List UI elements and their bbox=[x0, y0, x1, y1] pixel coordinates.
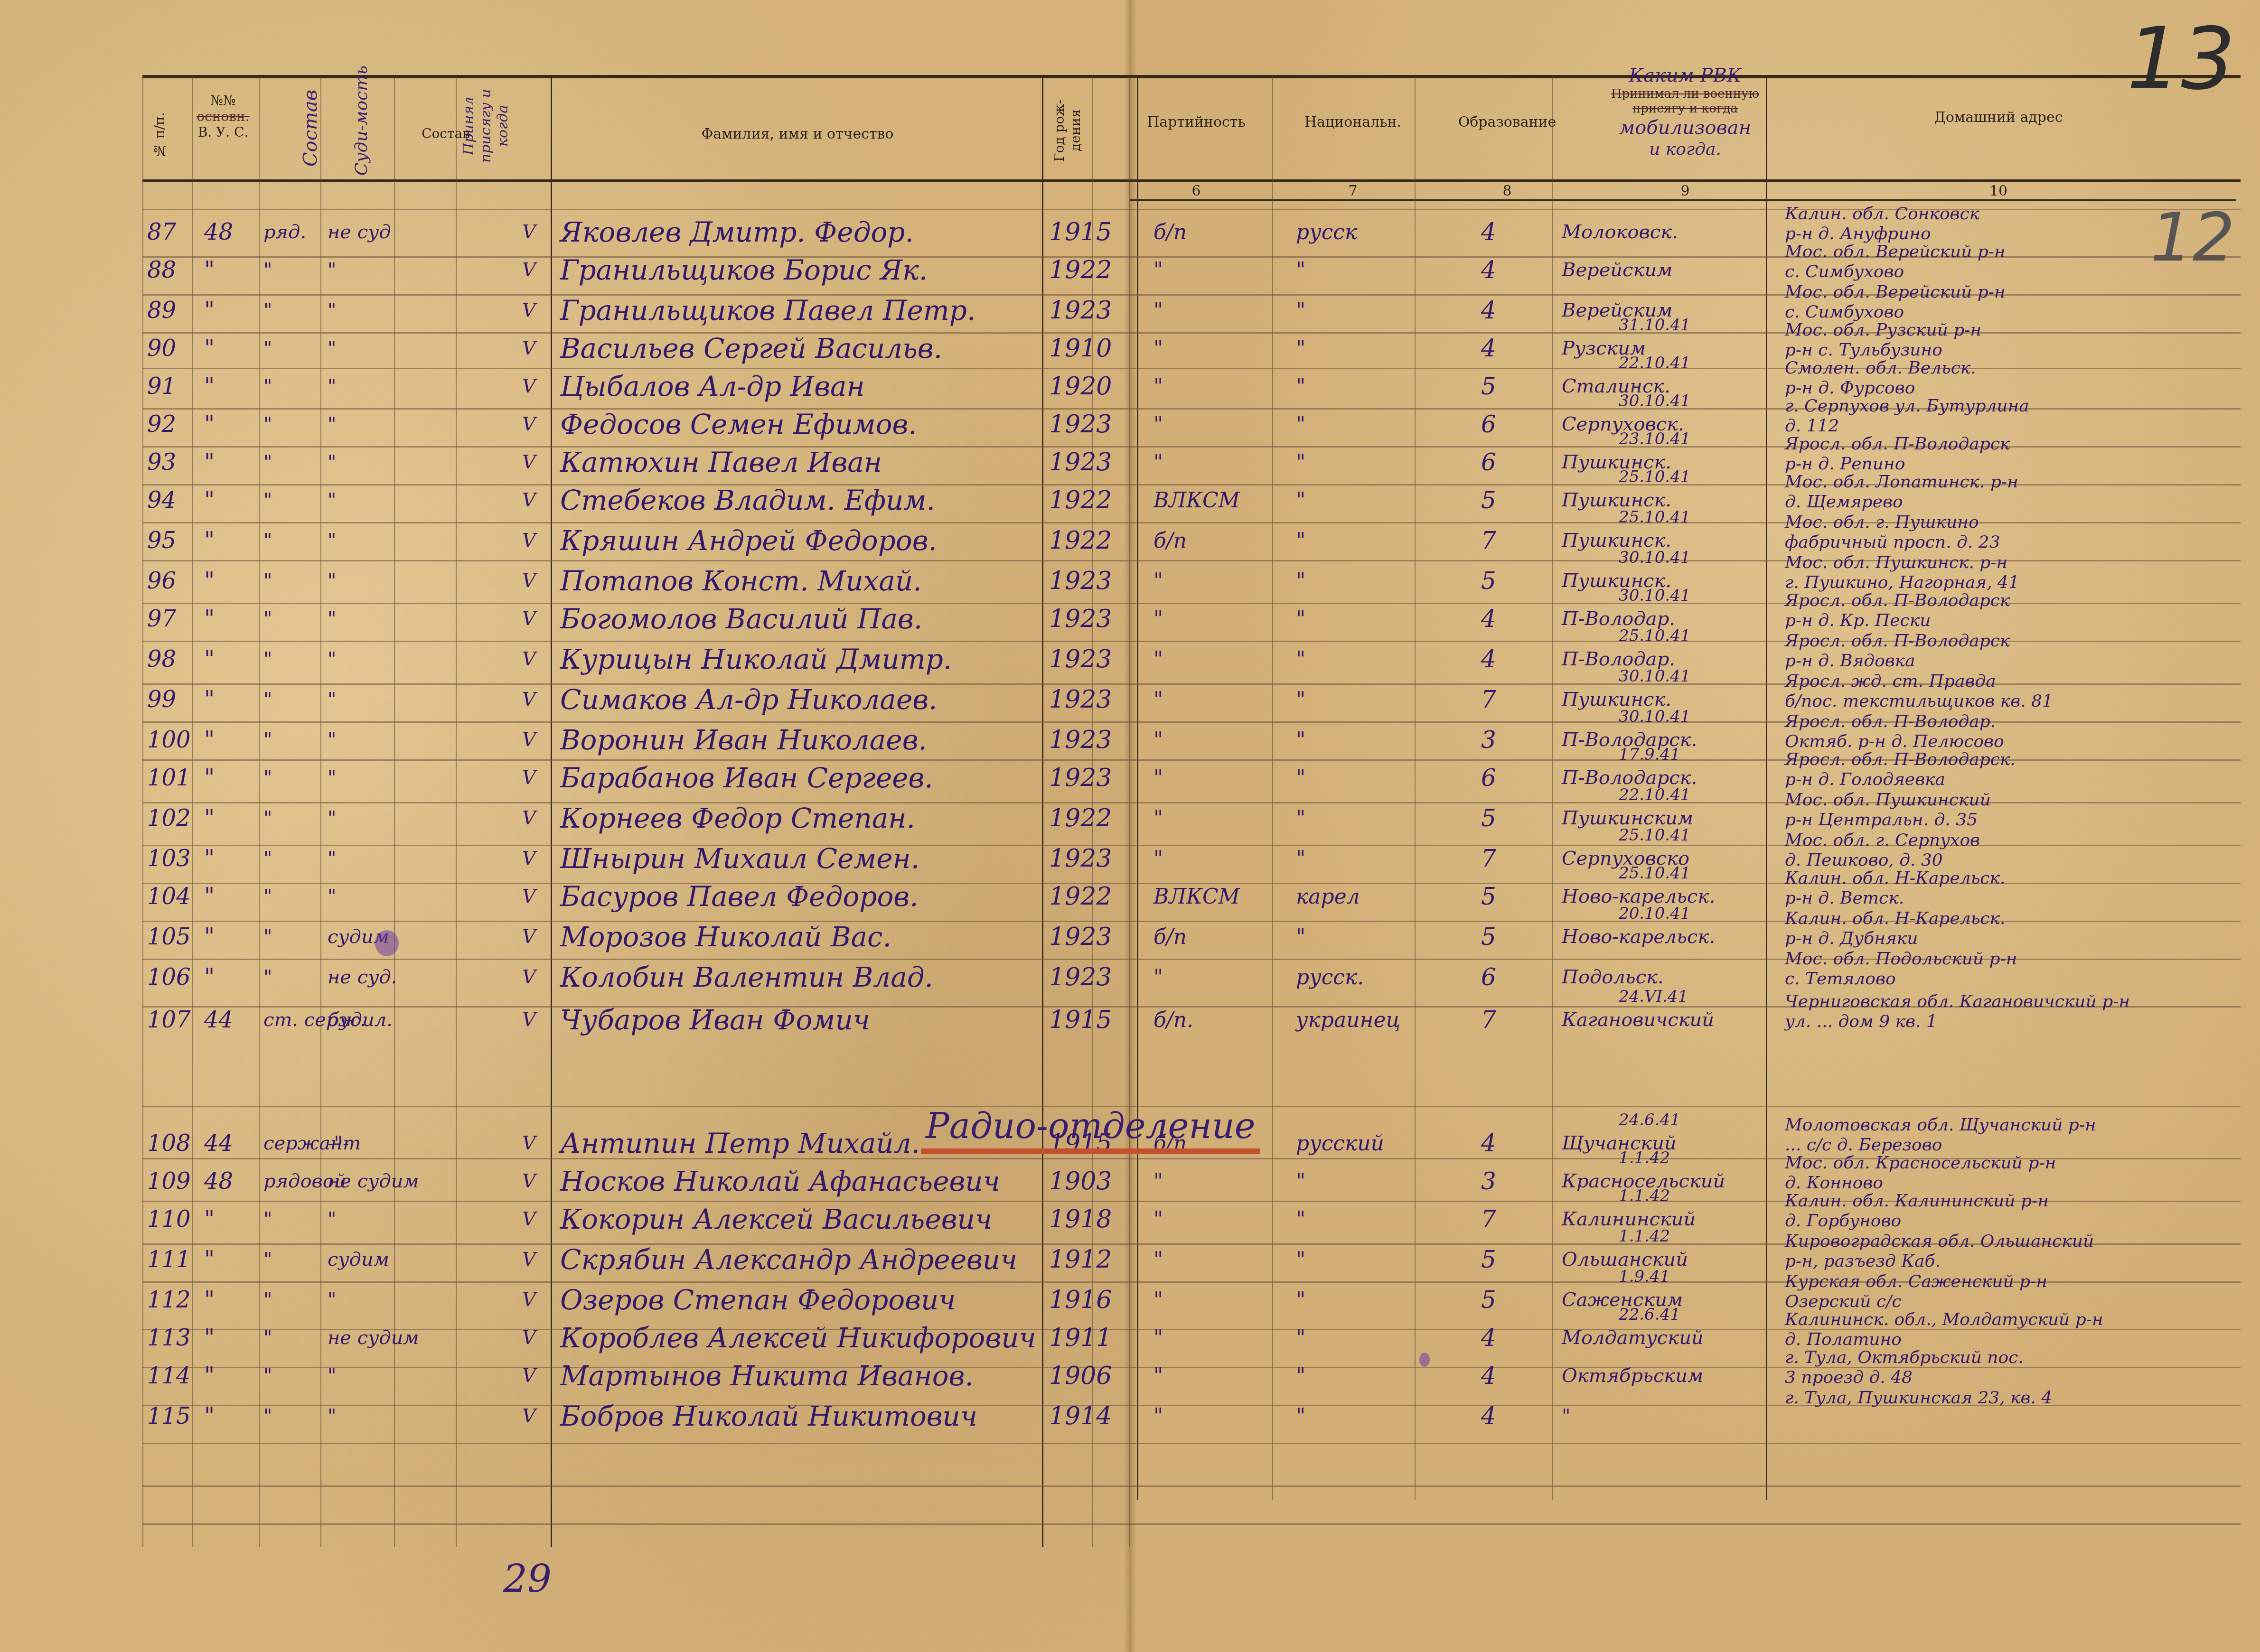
cell-mobilized-date: 17.9.41 bbox=[1619, 745, 1680, 764]
cell-address-line: р-н д. Ветск. bbox=[1785, 888, 1904, 908]
cell-oath: V bbox=[522, 1289, 536, 1311]
cell-num: 104 bbox=[147, 883, 191, 910]
cell-address-line: г. Пушкино, Нагорная, 41 bbox=[1785, 573, 2019, 592]
cell-year: 1923 bbox=[1049, 567, 1112, 595]
cell-num: 93 bbox=[147, 449, 176, 476]
header-vus: №№ основн. В. У. С. bbox=[195, 93, 252, 140]
cell-name: Скрябин Александр Андреевич bbox=[560, 1243, 1017, 1276]
column-divider bbox=[320, 76, 321, 1547]
cell-conviction: " bbox=[328, 767, 336, 789]
cell-nationality: " bbox=[1296, 1288, 1305, 1312]
cell-oath: V bbox=[522, 966, 536, 988]
cell-oath: V bbox=[522, 221, 536, 243]
cell-address-line: Калин. обл. Н-Карельск. bbox=[1785, 868, 2005, 888]
cell-education: 4 bbox=[1481, 256, 1496, 284]
cell-name: Гранильщиков Борис Як. bbox=[560, 254, 928, 286]
cell-num: 94 bbox=[147, 487, 176, 513]
cell-address-line: Кировоградская обл. Ольшанский bbox=[1785, 1232, 2094, 1251]
cell-address-line: Яросл. обл. П-Володарск bbox=[1785, 591, 2010, 610]
cell-rank: " bbox=[263, 1208, 272, 1230]
row-rule bbox=[142, 1485, 2241, 1487]
cell-oath: V bbox=[522, 807, 536, 829]
cell-num: 99 bbox=[147, 686, 176, 713]
cell-conviction: -"- bbox=[328, 1132, 349, 1154]
cell-vus: " bbox=[204, 1287, 215, 1313]
cell-rank: " bbox=[263, 767, 272, 789]
cell-address-line: Октяб. р-н д. Пелюсово bbox=[1785, 732, 2004, 751]
cell-num: 88 bbox=[147, 257, 176, 283]
cell-year: 1922 bbox=[1049, 882, 1112, 911]
cell-vus: 44 bbox=[204, 1130, 233, 1157]
cell-vus: " bbox=[204, 257, 215, 283]
cell-education: 5 bbox=[1481, 567, 1496, 595]
cell-education: 4 bbox=[1481, 335, 1496, 362]
cell-conviction: " bbox=[328, 337, 336, 359]
cell-year: 1906 bbox=[1049, 1362, 1112, 1390]
cell-conviction: " bbox=[328, 1208, 336, 1230]
cell-party: " bbox=[1153, 374, 1163, 399]
cell-vus: " bbox=[204, 805, 215, 831]
cell-mobilized-date: 22.10.41 bbox=[1619, 785, 1690, 804]
cell-address-line: р-н д. Ануфрино bbox=[1785, 224, 1931, 243]
column-divider bbox=[1129, 76, 1130, 1547]
cell-mobilized: Молоковск. bbox=[1562, 221, 1678, 243]
cell-party: " bbox=[1153, 847, 1163, 871]
cell-nationality: русский bbox=[1296, 1131, 1384, 1156]
header-year: Год рож-дения bbox=[1051, 85, 1089, 176]
cell-year: 1915 bbox=[1049, 1006, 1112, 1034]
cell-num: 97 bbox=[147, 606, 176, 632]
cell-address-line: фабричный просп. д. 23 bbox=[1785, 532, 2000, 552]
cell-conviction: " bbox=[328, 530, 336, 551]
cell-nationality: " bbox=[1296, 1326, 1305, 1350]
cell-address-line: б/пос. текстильщиков кв. 81 bbox=[1785, 691, 2053, 711]
cell-mobilized-date: 25.10.41 bbox=[1619, 508, 1690, 527]
cell-rank: " bbox=[263, 451, 272, 473]
cell-vus: " bbox=[204, 411, 215, 438]
cell-conviction: " bbox=[328, 608, 336, 630]
cell-nationality: русск bbox=[1296, 220, 1357, 244]
cell-party: " bbox=[1153, 728, 1163, 752]
cell-name: Шнырин Михаил Семен. bbox=[560, 842, 919, 875]
cell-name: Мартынов Никита Иванов. bbox=[560, 1360, 974, 1392]
cell-year: 1923 bbox=[1049, 764, 1112, 792]
cell-conviction: " bbox=[328, 451, 336, 473]
cell-party: " bbox=[1153, 766, 1163, 790]
header-address: Домашний адрес bbox=[1785, 109, 2212, 126]
cell-oath: V bbox=[522, 1365, 536, 1387]
cell-education: 3 bbox=[1481, 726, 1496, 754]
cell-nationality: " bbox=[1296, 1248, 1305, 1272]
cell-name: Короблев Алексей Никифорович bbox=[560, 1322, 1036, 1354]
cell-address-line: Мос. обл. Лопатинск. р-н bbox=[1785, 472, 2018, 492]
cell-address-line: Калининск. обл., Молдатуский р-н bbox=[1785, 1310, 2103, 1329]
cell-name: Колобин Валентин Влад. bbox=[560, 961, 933, 993]
cell-nationality: " bbox=[1296, 647, 1305, 672]
cell-party: " bbox=[1153, 647, 1163, 672]
header-name: Фамилия, имя и отчество bbox=[560, 126, 1035, 143]
cell-conviction: будил. bbox=[328, 1009, 393, 1031]
cell-num: 98 bbox=[147, 646, 176, 672]
cell-address-line: 3 проезд д. 48 bbox=[1785, 1368, 1913, 1387]
cell-mobilized-date: 30.10.41 bbox=[1619, 707, 1690, 726]
cell-nationality: " bbox=[1296, 1364, 1305, 1388]
cell-nationality: " bbox=[1296, 1207, 1305, 1232]
cell-vus: " bbox=[204, 373, 215, 400]
cell-mobilized-date: 25.10.41 bbox=[1619, 467, 1690, 486]
cell-vus: " bbox=[204, 1206, 215, 1232]
cell-vus: " bbox=[204, 1325, 215, 1351]
cell-mobilized-date: 1.9.41 bbox=[1619, 1267, 1670, 1286]
cell-mobilized-date: 24.VI.41 bbox=[1619, 987, 1688, 1006]
cell-conviction: " bbox=[328, 570, 336, 592]
cell-education: 3 bbox=[1481, 1167, 1496, 1195]
cell-nationality: " bbox=[1296, 1169, 1305, 1194]
cell-education: 4 bbox=[1481, 645, 1496, 673]
cell-nationality: русск. bbox=[1296, 965, 1364, 989]
cell-year: 1922 bbox=[1049, 526, 1112, 555]
cell-education: 5 bbox=[1481, 923, 1496, 951]
cell-conviction: " bbox=[328, 729, 336, 751]
cell-vus: 44 bbox=[204, 1007, 233, 1033]
column-divider bbox=[1272, 76, 1273, 1500]
cell-mobilized-date: 30.10.41 bbox=[1619, 392, 1690, 411]
cell-oath: V bbox=[522, 259, 536, 281]
header-rank-handwritten: Состав bbox=[299, 81, 328, 176]
cell-conviction: судим bbox=[328, 1249, 389, 1270]
cell-num: 91 bbox=[147, 373, 176, 400]
cell-address-line: р-н с. Тульбузино bbox=[1785, 340, 1942, 360]
cell-address-line: Мос. обл. г. Серпухов bbox=[1785, 831, 1980, 850]
cell-year: 1922 bbox=[1049, 256, 1112, 284]
cell-party: " bbox=[1153, 412, 1163, 437]
cell-name: Цыбалов Ал-др Иван bbox=[560, 370, 865, 402]
cell-vus: 48 bbox=[204, 219, 233, 245]
cell-mobilized-date: 24.6.41 bbox=[1619, 1111, 1680, 1129]
cell-year: 1923 bbox=[1049, 923, 1112, 951]
cell-mobilized-date: 1.1.42 bbox=[1619, 1148, 1670, 1167]
cell-rank: " bbox=[263, 489, 272, 511]
cell-year: 1922 bbox=[1049, 804, 1112, 832]
cell-address-line: р-н д. Кр. Пески bbox=[1785, 611, 1931, 630]
cell-name: Васильев Сергей Васильв. bbox=[560, 332, 942, 364]
cell-year: 1922 bbox=[1049, 486, 1112, 514]
cell-num: 102 bbox=[147, 805, 191, 831]
cell-oath: V bbox=[522, 337, 536, 359]
cell-education: 4 bbox=[1481, 1402, 1496, 1430]
header-conviction-handwritten: Суди-мость bbox=[351, 85, 394, 176]
colnum-rule bbox=[1130, 199, 2236, 201]
cell-address-line: Яросл. обл. П-Володарск bbox=[1785, 434, 2010, 454]
cell-num: 115 bbox=[147, 1403, 191, 1429]
cell-vus: " bbox=[204, 765, 215, 791]
cell-nationality: карел bbox=[1296, 885, 1360, 909]
cell-nationality: " bbox=[1296, 569, 1305, 593]
cell-nationality: " bbox=[1296, 1404, 1305, 1428]
column-divider bbox=[456, 76, 457, 1547]
cell-nationality: " bbox=[1296, 412, 1305, 437]
cell-education: 4 bbox=[1481, 297, 1496, 324]
cell-name: Морозов Николай Вас. bbox=[560, 921, 891, 953]
cell-address-line: Курская обл. Саженский р-н bbox=[1785, 1272, 2047, 1291]
cell-year: 1910 bbox=[1049, 334, 1112, 363]
cell-num: 96 bbox=[147, 568, 176, 594]
cell-year: 1923 bbox=[1049, 296, 1112, 325]
column-divider bbox=[394, 76, 395, 1547]
cell-address-line: г. Тула, Пушкинская 23, кв. 4 bbox=[1785, 1388, 2052, 1408]
cell-oath: V bbox=[522, 648, 536, 670]
cell-rank: " bbox=[263, 886, 272, 907]
cell-conviction: " bbox=[328, 1365, 336, 1387]
cell-nationality: " bbox=[1296, 258, 1305, 282]
cell-nationality: " bbox=[1296, 925, 1305, 949]
header-mobilized: Каким РВК Принимал ли военную присягу и … bbox=[1585, 64, 1785, 160]
cell-oath: V bbox=[522, 375, 536, 397]
cell-party: " bbox=[1153, 806, 1163, 831]
cell-vus: " bbox=[204, 845, 215, 872]
cell-address-line: р-н д. Дубняки bbox=[1785, 929, 1918, 948]
cell-year: 1923 bbox=[1049, 605, 1112, 633]
cell-party: " bbox=[1153, 607, 1163, 631]
header-party: Партийность bbox=[1120, 114, 1272, 131]
cell-mobilized-date: 30.10.41 bbox=[1619, 548, 1690, 567]
cell-num: 109 bbox=[147, 1168, 191, 1195]
column-divider bbox=[1552, 76, 1553, 1500]
cell-nationality: " bbox=[1296, 806, 1305, 831]
cell-address-line: р-н д. Репино bbox=[1785, 454, 1905, 474]
cell-conviction: " bbox=[328, 648, 336, 670]
cell-nationality: " bbox=[1296, 299, 1305, 323]
cell-address-line: Калин. обл. Калининский р-н bbox=[1785, 1191, 2049, 1211]
cell-mobilized-date: 31.10.41 bbox=[1619, 316, 1690, 335]
cell-conviction: " bbox=[328, 375, 336, 397]
cell-name: Курицын Николай Дмитр. bbox=[560, 643, 952, 675]
cell-address-line: г. Серпухов ул. Бутурлина bbox=[1785, 396, 2029, 416]
cell-num: 95 bbox=[147, 527, 176, 554]
cell-address-line: р-н Центральн. д. 35 bbox=[1785, 810, 1978, 830]
cell-address-line: Мос. обл. Пушкинск. р-н bbox=[1785, 553, 2007, 572]
cell-education: 6 bbox=[1481, 448, 1496, 476]
cell-year: 1923 bbox=[1049, 645, 1112, 673]
cell-oath: V bbox=[522, 530, 536, 551]
page-number: 13 bbox=[2127, 9, 2235, 109]
cell-num: 106 bbox=[147, 964, 191, 990]
cell-oath: V bbox=[522, 489, 536, 511]
cell-rank: " bbox=[263, 807, 272, 829]
cell-num: 111 bbox=[147, 1246, 191, 1273]
cell-education: 7 bbox=[1481, 845, 1496, 872]
cell-address-line: Яросл. обл. П-Володарск bbox=[1785, 631, 2010, 651]
header-num: № п/п. bbox=[152, 95, 180, 176]
cell-year: 1923 bbox=[1049, 410, 1112, 439]
cell-name: Гранильщиков Павел Петр. bbox=[560, 294, 975, 327]
cell-education: 4 bbox=[1481, 1129, 1496, 1157]
cell-conviction: " bbox=[328, 848, 336, 869]
cell-education: 6 bbox=[1481, 764, 1496, 792]
cell-conviction: " bbox=[328, 1405, 336, 1427]
cell-name: Бобров Николай Никитович bbox=[560, 1400, 977, 1432]
cell-num: 100 bbox=[147, 727, 191, 753]
header-vus-mid: основн. bbox=[195, 109, 252, 125]
cell-education: 5 bbox=[1481, 804, 1496, 832]
cell-party: " bbox=[1153, 1404, 1163, 1428]
cell-address-line: с. Симбухово bbox=[1785, 262, 1904, 281]
header-bottom-rule bbox=[142, 179, 2241, 182]
cell-mobilized-date: 25.10.41 bbox=[1619, 864, 1690, 883]
cell-year: 1915 bbox=[1049, 218, 1112, 246]
cell-conviction: " bbox=[328, 886, 336, 907]
cell-education: 6 bbox=[1481, 963, 1496, 991]
header-oath-handwritten: Принял присягу и когда bbox=[460, 76, 517, 176]
cell-year: 1914 bbox=[1049, 1402, 1112, 1430]
cell-oath: V bbox=[522, 1170, 536, 1192]
cell-address-line: Смолен. обл. Вельск. bbox=[1785, 358, 1976, 378]
cell-party: б/п bbox=[1153, 529, 1187, 553]
cell-conviction: " bbox=[328, 259, 336, 281]
cell-year: 1923 bbox=[1049, 685, 1112, 714]
cell-education: 6 bbox=[1481, 411, 1496, 438]
header-vus-top: №№ bbox=[195, 93, 252, 109]
cell-party: б/п bbox=[1153, 925, 1187, 949]
cell-rank: " bbox=[263, 966, 272, 988]
cell-mobilized-date: 25.10.41 bbox=[1619, 826, 1690, 845]
cell-mobilized-date: 23.10.41 bbox=[1619, 429, 1690, 448]
cell-oath: V bbox=[522, 1132, 536, 1154]
cell-rank: " bbox=[263, 337, 272, 359]
cell-rank: " bbox=[263, 608, 272, 630]
cell-education: 4 bbox=[1481, 1324, 1496, 1352]
cell-name: Кряшин Андрей Федоров. bbox=[560, 524, 937, 557]
cell-mobilized-date: 22.10.41 bbox=[1619, 354, 1690, 373]
cell-party: " bbox=[1153, 1326, 1163, 1350]
cell-mobilized-date: 30.10.41 bbox=[1619, 586, 1690, 605]
cell-party: " bbox=[1153, 450, 1163, 475]
column-divider bbox=[259, 76, 260, 1547]
header-mobilized-struck: Принимал ли военную присягу и когда bbox=[1585, 87, 1785, 116]
column-divider bbox=[142, 76, 143, 1547]
cell-conviction: " bbox=[328, 807, 336, 829]
cell-num: 112 bbox=[147, 1287, 191, 1313]
page-fold bbox=[1124, 0, 1136, 1652]
colnum-8: 8 bbox=[1431, 183, 1583, 199]
cell-conviction: не судим bbox=[328, 1170, 419, 1192]
cell-address-line: Черниговская обл. Кагановичский р-н bbox=[1785, 992, 2130, 1011]
column-divider bbox=[1415, 76, 1416, 1500]
cell-party: " bbox=[1153, 336, 1163, 361]
cell-mobilized: Верейским bbox=[1562, 259, 1672, 281]
ink-stain bbox=[375, 930, 399, 956]
cell-rank: " bbox=[263, 530, 272, 551]
cell-rank: " bbox=[263, 570, 272, 592]
colnum-7: 7 bbox=[1277, 183, 1429, 199]
cell-year: 1923 bbox=[1049, 726, 1112, 754]
cell-party: " bbox=[1153, 965, 1163, 989]
cell-year: 1918 bbox=[1049, 1205, 1112, 1233]
cell-oath: V bbox=[522, 570, 536, 592]
cell-party: " bbox=[1153, 299, 1163, 323]
cell-vus: " bbox=[204, 449, 215, 476]
cell-address-line: ул. ... дом 9 кв. 1 bbox=[1785, 1012, 1937, 1031]
column-divider bbox=[1042, 76, 1043, 1547]
cell-address-line: Мос. обл. Рузский р-н bbox=[1785, 320, 1981, 340]
cell-address-line: Мос. обл. Красносельский р-н bbox=[1785, 1153, 2056, 1173]
cell-vus: " bbox=[204, 1403, 215, 1429]
cell-address-line: Мос. обл. Подольский р-н bbox=[1785, 949, 2017, 969]
cell-conviction: не суд bbox=[328, 221, 391, 243]
cell-num: 87 bbox=[147, 219, 176, 245]
cell-vus: " bbox=[204, 686, 215, 713]
cell-rank: " bbox=[263, 1249, 272, 1270]
cell-address-line: Яросл. обл. П-Володарск. bbox=[1785, 750, 2016, 769]
cell-education: 7 bbox=[1481, 686, 1496, 713]
cell-rank: " bbox=[263, 299, 272, 321]
cell-num: 110 bbox=[147, 1206, 191, 1232]
header-sostav: Состав bbox=[422, 126, 464, 142]
cell-address-line: Яросл. жд. ст. Правда bbox=[1785, 672, 1996, 691]
cell-mobilized: Ново-карельск. bbox=[1562, 926, 1715, 948]
cell-address-line: Мос. обл. г. Пушкино bbox=[1785, 513, 1979, 532]
cell-nationality: " bbox=[1296, 766, 1305, 790]
cell-nationality: украинец bbox=[1296, 1008, 1400, 1032]
cell-num: 108 bbox=[147, 1130, 191, 1157]
cell-mobilized: Молдатуский bbox=[1562, 1327, 1704, 1349]
cell-education: 5 bbox=[1481, 1246, 1496, 1273]
cell-name: Богомолов Василий Пав. bbox=[560, 603, 922, 635]
cell-mobilized-date: 30.10.41 bbox=[1619, 667, 1690, 686]
cell-address-line: д. Полатино bbox=[1785, 1330, 1902, 1349]
cell-mobilized-date: 1.1.42 bbox=[1619, 1227, 1670, 1246]
cell-oath: V bbox=[522, 299, 536, 321]
cell-name: Катюхин Павел Иван bbox=[560, 446, 882, 478]
cell-address-line: д. Конново bbox=[1785, 1173, 1883, 1193]
cell-address-line: Яросл. обл. П-Володар. bbox=[1785, 712, 1996, 731]
cell-nationality: " bbox=[1296, 488, 1305, 513]
cell-name: Чубаров Иван Фомич bbox=[560, 1004, 870, 1036]
cell-address-line: Мос. обл. Верейский р-н bbox=[1785, 282, 2006, 302]
cell-vus: " bbox=[204, 924, 215, 950]
cell-vus: 48 bbox=[204, 1168, 233, 1195]
cell-num: 107 bbox=[147, 1007, 191, 1033]
cell-nationality: " bbox=[1296, 336, 1305, 361]
header-mobilized-hand-top: Каким РВК bbox=[1585, 64, 1785, 87]
cell-oath: V bbox=[522, 1405, 536, 1427]
cell-education: 4 bbox=[1481, 218, 1496, 246]
cell-oath: V bbox=[522, 767, 536, 789]
cell-name: Яковлев Дмитр. Федор. bbox=[560, 216, 914, 248]
cell-oath: V bbox=[522, 608, 536, 630]
cell-name: Федосов Семен Ефимов. bbox=[560, 408, 917, 440]
cell-mobilized: " bbox=[1562, 1405, 1570, 1427]
cell-education: 5 bbox=[1481, 1286, 1496, 1314]
cell-vus: " bbox=[204, 297, 215, 324]
cell-rank: " bbox=[263, 1365, 272, 1387]
cell-education: 4 bbox=[1481, 1362, 1496, 1390]
cell-vus: " bbox=[204, 646, 215, 672]
cell-vus: " bbox=[204, 727, 215, 753]
cell-vus: " bbox=[204, 883, 215, 910]
cell-address-line: с. Симбухово bbox=[1785, 302, 1904, 322]
cell-party: " bbox=[1153, 1364, 1163, 1388]
cell-rank: " bbox=[263, 1289, 272, 1311]
cell-mobilized: Октябрьским bbox=[1562, 1365, 1703, 1387]
cell-address-line: Мос. обл. Пушкинский bbox=[1785, 790, 1991, 810]
cell-name: Антипин Петр Михайл. bbox=[560, 1127, 920, 1159]
row-rule bbox=[142, 1443, 2241, 1444]
cell-rank: " bbox=[263, 1405, 272, 1427]
cell-education: 4 bbox=[1481, 605, 1496, 633]
colnum-6: 6 bbox=[1120, 183, 1272, 199]
cell-oath: V bbox=[522, 413, 536, 435]
